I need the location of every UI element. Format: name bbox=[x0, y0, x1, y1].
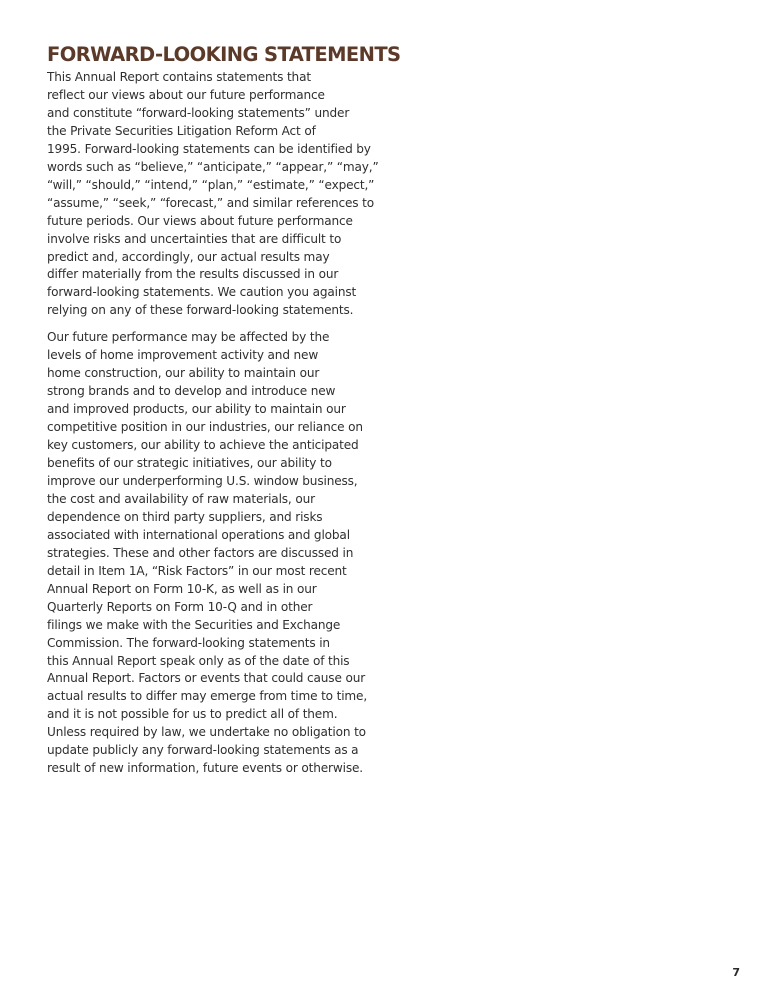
text-line: update publicly any forward-looking stat… bbox=[47, 742, 377, 760]
text-line: involve risks and uncertainties that are… bbox=[47, 231, 377, 249]
text-line: competitive position in our industries, … bbox=[47, 419, 377, 437]
text-line: associated with international operations… bbox=[47, 527, 377, 545]
paragraph-1: This Annual Report contains statements t… bbox=[47, 69, 377, 320]
text-line: This Annual Report contains statements t… bbox=[47, 69, 377, 87]
text-line: Commission. The forward-looking statemen… bbox=[47, 635, 377, 653]
page-number: 7 bbox=[732, 966, 740, 979]
text-line: result of new information, future events… bbox=[47, 760, 377, 778]
text-line: key customers, our ability to achieve th… bbox=[47, 437, 377, 455]
text-line: Annual Report on Form 10-K, as well as i… bbox=[47, 581, 377, 599]
text-line: 1995. Forward-looking statements can be … bbox=[47, 141, 377, 159]
text-line: Annual Report. Factors or events that co… bbox=[47, 670, 377, 688]
text-line: detail in Item 1A, “Risk Factors” in our… bbox=[47, 563, 377, 581]
document-page: FORWARD-LOOKING STATEMENTS This Annual R… bbox=[47, 44, 377, 787]
text-line: Quarterly Reports on Form 10-Q and in ot… bbox=[47, 599, 377, 617]
text-line: dependence on third party suppliers, and… bbox=[47, 509, 377, 527]
section-heading: FORWARD-LOOKING STATEMENTS bbox=[47, 44, 377, 66]
text-line: “assume,” “seek,” “forecast,” and simila… bbox=[47, 195, 377, 213]
text-line: the Private Securities Litigation Reform… bbox=[47, 123, 377, 141]
text-line: and it is not possible for us to predict… bbox=[47, 706, 377, 724]
text-line: improve our underperforming U.S. window … bbox=[47, 473, 377, 491]
text-line: forward-looking statements. We caution y… bbox=[47, 284, 377, 302]
text-line: “will,” “should,” “intend,” “plan,” “est… bbox=[47, 177, 377, 195]
text-line: benefits of our strategic initiatives, o… bbox=[47, 455, 377, 473]
text-line: words such as “believe,” “anticipate,” “… bbox=[47, 159, 377, 177]
paragraph-2: Our future performance may be affected b… bbox=[47, 329, 377, 778]
text-line: this Annual Report speak only as of the … bbox=[47, 653, 377, 671]
text-line: the cost and availability of raw materia… bbox=[47, 491, 377, 509]
text-line: future periods. Our views about future p… bbox=[47, 213, 377, 231]
text-line: reflect our views about our future perfo… bbox=[47, 87, 377, 105]
text-line: relying on any of these forward-looking … bbox=[47, 302, 377, 320]
text-line: strategies. These and other factors are … bbox=[47, 545, 377, 563]
text-line: actual results to differ may emerge from… bbox=[47, 688, 377, 706]
text-line: filings we make with the Securities and … bbox=[47, 617, 377, 635]
text-line: home construction, our ability to mainta… bbox=[47, 365, 377, 383]
text-line: Our future performance may be affected b… bbox=[47, 329, 377, 347]
text-line: Unless required by law, we undertake no … bbox=[47, 724, 377, 742]
text-line: predict and, accordingly, our actual res… bbox=[47, 249, 377, 267]
text-line: differ materially from the results discu… bbox=[47, 266, 377, 284]
text-line: and constitute “forward-looking statemen… bbox=[47, 105, 377, 123]
text-line: strong brands and to develop and introdu… bbox=[47, 383, 377, 401]
text-line: levels of home improvement activity and … bbox=[47, 347, 377, 365]
text-line: and improved products, our ability to ma… bbox=[47, 401, 377, 419]
